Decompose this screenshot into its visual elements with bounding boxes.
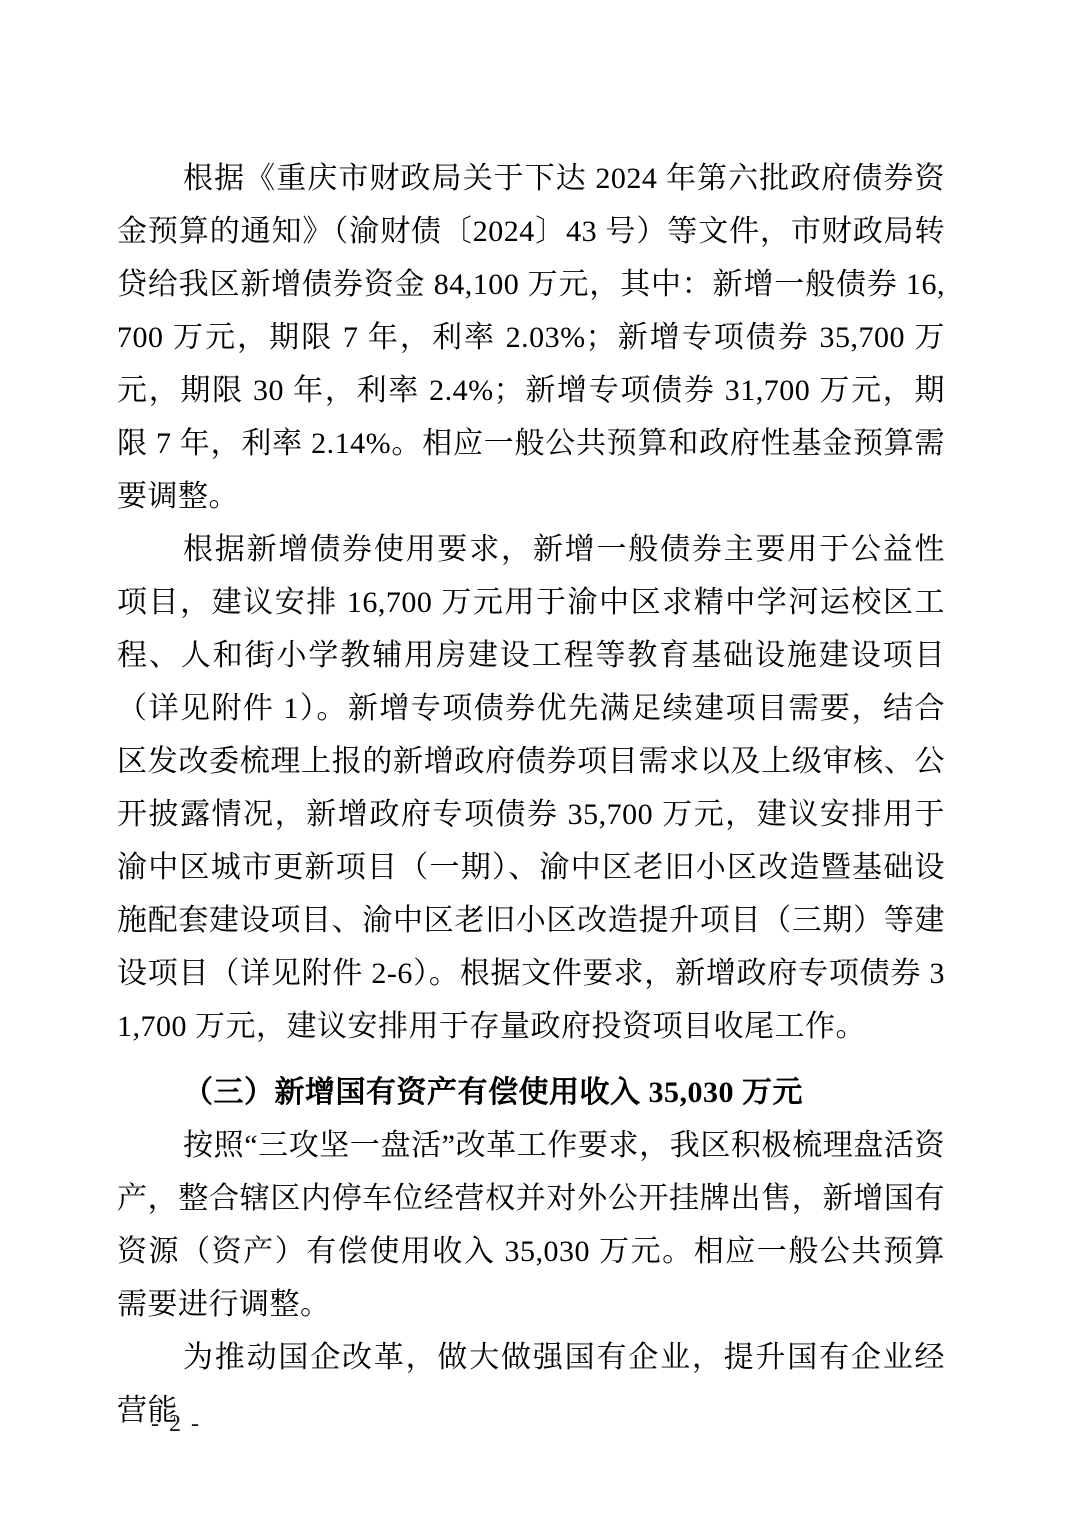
paragraph-soe-reform: 为推动国企改革，做大做强国有企业，提升国有企业经营能	[117, 1331, 945, 1437]
paragraph-state-asset-income: 按照“三攻坚一盘活”改革工作要求，我区积极梳理盘活资产，整合辖区内停车位经营权并…	[117, 1119, 945, 1331]
paragraph-bond-allocation: 根据《重庆市财政局关于下达 2024 年第六批政府债券资金预算的通知》（渝财债〔…	[117, 152, 945, 523]
document-body: 根据《重庆市财政局关于下达 2024 年第六批政府债券资金预算的通知》（渝财债〔…	[117, 152, 945, 1437]
section-heading-three: （三）新增国有资产有偿使用收入 35,030 万元	[117, 1066, 945, 1119]
page-number: - 2 -	[151, 1410, 201, 1438]
paragraph-bond-usage: 根据新增债券使用要求，新增一般债券主要用于公益性项目，建议安排 16,700 万…	[117, 523, 945, 1053]
document-page: 根据《重庆市财政局关于下达 2024 年第六批政府债券资金预算的通知》（渝财债〔…	[0, 0, 1074, 1520]
